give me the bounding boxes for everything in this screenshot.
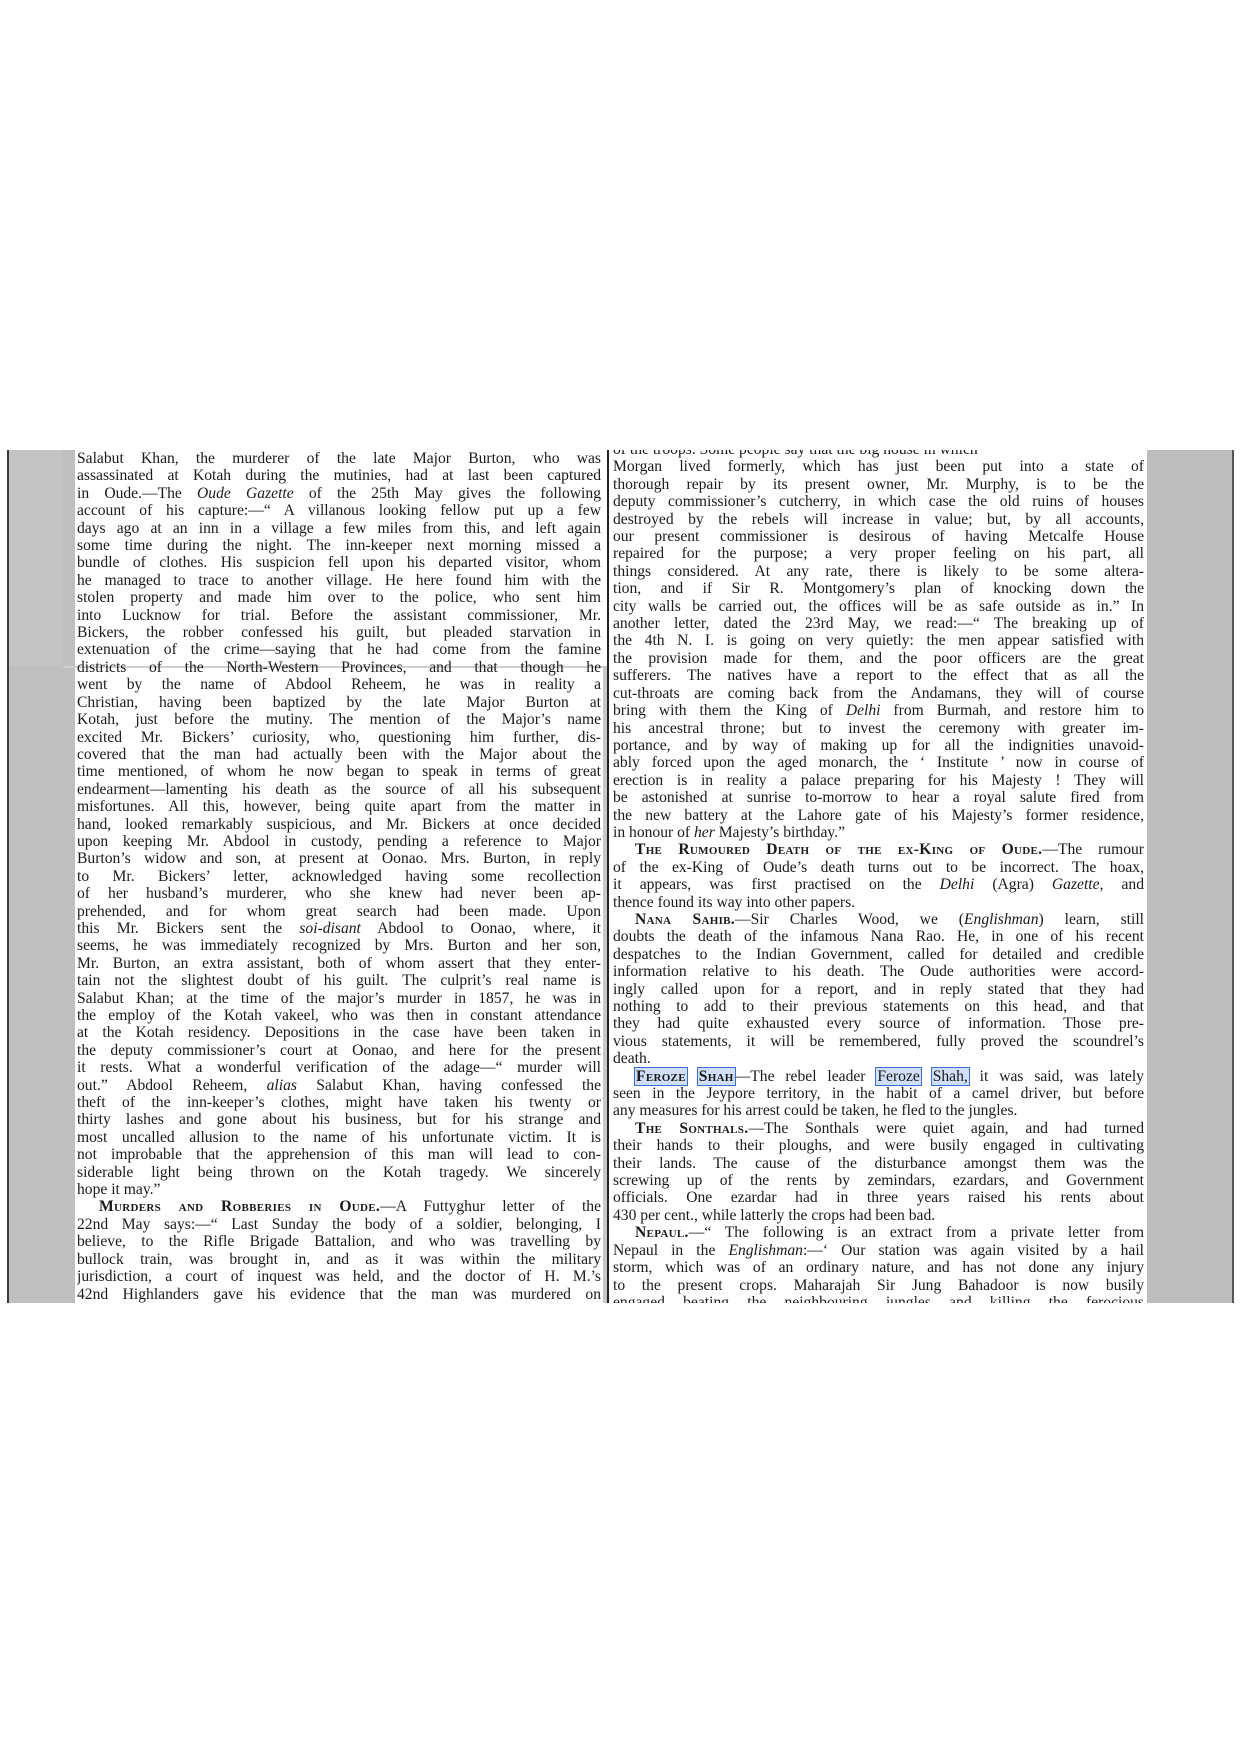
text-line: death. [613, 1050, 1144, 1067]
text-line: excited Mr. Bickers’ curiosity, who, que… [77, 729, 601, 746]
text-line: it rests. What a wonderful verification … [77, 1059, 601, 1076]
text-line: Christian, having been baptized by the l… [77, 694, 601, 711]
text-line: Salabut Khan; at the time of the major’s… [77, 990, 601, 1007]
text-line: seems, he was immediately recognized by … [77, 937, 601, 954]
text-line: not improbable that the apprehension of … [77, 1146, 601, 1163]
text-line: portance, and by way of making up for al… [613, 737, 1144, 754]
text-line: tion, and if Sir R. Montgomery’s plan of… [613, 580, 1144, 597]
section-heading: Nepaul. [635, 1224, 689, 1241]
text-line: it appears, was first practised on the D… [613, 876, 1144, 893]
text-line: the employ of the Kotah vakeel, who was … [77, 1007, 601, 1024]
text-line: misfortunes. All this, however, being qu… [77, 798, 601, 815]
text-line: theft of the inn-keeper’s clothes, might… [77, 1094, 601, 1111]
text-line: went by the name of Abdool Reheem, he wa… [77, 676, 601, 693]
text-line: prehended, and for whom great search had… [77, 903, 601, 920]
text-line: storm, which was of an ordinary nature, … [613, 1259, 1144, 1276]
section-first-line: Nepaul.—“ The following is an extract fr… [613, 1224, 1144, 1241]
text-line: into Lucknow for trial. Before the assis… [77, 607, 601, 624]
italic-term: her [694, 824, 715, 841]
text-line: information relative to his death. The O… [613, 963, 1144, 980]
text-line: hope it may.” [77, 1181, 601, 1198]
text-line: engaged beating the neighbouring jungles… [613, 1294, 1144, 1303]
text-line: despatches to the Indian Government, cal… [613, 946, 1144, 963]
italic-term: Gazette [1052, 876, 1100, 893]
section-heading: Nana Sahib. [635, 911, 735, 928]
text-line: upon keeping Mr. Abdool in custody, pend… [77, 833, 601, 850]
text-line: the 4th N. I. is going on very quietly: … [613, 632, 1144, 649]
text-line: the deputy commissioner’s court at Oonao… [77, 1042, 601, 1059]
text-line: hand, looked remarkably suspicious, and … [77, 816, 601, 833]
search-highlight-shah-2[interactable]: Shah, [932, 1068, 969, 1085]
left-page-edge [7, 450, 9, 1303]
italic-term: Delhi [846, 702, 881, 719]
text-line: Burton’s widow and son, at present at Oo… [77, 850, 601, 867]
italic-term: Englishman [728, 1242, 803, 1259]
text-line: siderable light being thrown on the Kota… [77, 1164, 601, 1181]
cropped-line: of the troops. Some people say that the … [613, 450, 1144, 458]
text-line: Bickers, the robber confessed his guilt,… [77, 624, 601, 641]
text-line: city walls be carried out, the offices w… [613, 598, 1144, 615]
column-rule [607, 450, 609, 1303]
text-line: they had quite exhausted every source of… [613, 1015, 1144, 1032]
section-heading: The Sonthals. [635, 1120, 748, 1137]
text-line: districts of the North-Western Provinces… [77, 659, 601, 676]
text-line: thirty lashes and gone about his busines… [77, 1111, 601, 1128]
text-line: 42nd Highlanders gave his evidence that … [77, 1286, 601, 1303]
text-line: out.” Abdool Reheem, alias Salabut Khan,… [77, 1077, 601, 1094]
text-line: their lands. The cause of the disturbanc… [613, 1155, 1144, 1172]
text-line: jurisdiction, a court of inquest was hel… [77, 1268, 601, 1285]
text-line: deputy commissioner’s cutcherry, in whic… [613, 493, 1144, 510]
text-line: Mr. Burton, an extra assistant, both of … [77, 955, 601, 972]
scanned-newspaper-page: Salabut Khan, the murderer of the late M… [0, 450, 1240, 1303]
text-line: he managed to trace to another village. … [77, 572, 601, 589]
right-column: of the troops. Some people say that the … [613, 450, 1144, 1303]
text-line: bundle of clothes. His suspicion fell up… [77, 554, 601, 571]
section-heading: Murders and Robberies in Oude. [99, 1198, 380, 1215]
text-line: at the Kotah residency. Depositions in t… [77, 1024, 601, 1041]
text-line: time mentioned, of whom he now began to … [77, 763, 601, 780]
italic-term: Delhi [940, 876, 975, 893]
text-line: days ago at an inn in a village a few mi… [77, 520, 601, 537]
right-margin-strip [1147, 450, 1234, 1303]
text-line: assassinated at Kotah during the mutinie… [77, 467, 601, 484]
section-first-line: Feroze Shah—The rebel leader Feroze Shah… [613, 1068, 1144, 1085]
text-line: cut-throats are coming back from the And… [613, 685, 1144, 702]
text-line: in honour of her Majesty’s birthday.” [613, 824, 1144, 841]
text-line: any measures for his arrest could be tak… [613, 1102, 1144, 1119]
text-line: screwing up of the rents by zemindars, e… [613, 1172, 1144, 1189]
text-line: of her husband’s murderer, who she knew … [77, 885, 601, 902]
text-line: believe, to the Rifle Brigade Battalion,… [77, 1233, 601, 1250]
text-line: his ancestral throne; but to invest the … [613, 720, 1144, 737]
italic-term: alias [267, 1077, 297, 1094]
text-line: another letter, dated the 23rd May, we r… [613, 615, 1144, 632]
section-first-line: The Rumoured Death of the ex-King of Oud… [613, 841, 1144, 858]
section-first-line: Murders and Robberies in Oude.—A Futtygh… [77, 1198, 601, 1215]
text-line: ably forced upon the aged monarch, the ‘… [613, 754, 1144, 771]
right-page-edge [1232, 450, 1234, 1303]
text-line: vious statements, it will be remembered,… [613, 1033, 1144, 1050]
text-line: covered that the man had actually been w… [77, 746, 601, 763]
text-line: tain not the slightest doubt of his guil… [77, 972, 601, 989]
text-line: bring with them the King of Delhi from B… [613, 702, 1144, 719]
text-line: sufferers. The natives have a report to … [613, 667, 1144, 684]
text-line: Kotah, just before the mutiny. The menti… [77, 711, 601, 728]
text-line: the provision made for them, and the poo… [613, 650, 1144, 667]
text-line: their hands to their ploughs, and were b… [613, 1137, 1144, 1154]
text-line: repaired for the purpose; a very proper … [613, 545, 1144, 562]
search-highlight-feroze-2[interactable]: Feroze [876, 1068, 920, 1085]
text-line: to the present crops. Maharajah Sir Jung… [613, 1277, 1144, 1294]
text-line: account of his capture:—“ A villanous lo… [77, 502, 601, 519]
text-line: erection is in reality a palace preparin… [613, 772, 1144, 789]
search-highlight-shah[interactable]: Shah [698, 1068, 735, 1085]
text-line: things considered. At any rate, there is… [613, 563, 1144, 580]
text-line: doubts the death of the infamous Nana Ra… [613, 928, 1144, 945]
text-line: thorough repair by its present owner, Mr… [613, 476, 1144, 493]
text-line: to Mr. Bickers’ letter, acknowledged hav… [77, 868, 601, 885]
text-line: most uncalled allusion to the name of hi… [77, 1129, 601, 1146]
text-line: nothing to add to their previous stateme… [613, 998, 1144, 1015]
text-line: 22nd May says:—“ Last Sunday the body of… [77, 1216, 601, 1233]
text-line: officials. One ezardar had in three year… [613, 1189, 1144, 1206]
text-line: endearment—lamenting his death as the so… [77, 781, 601, 798]
italic-term: Oude Gazette [197, 485, 294, 502]
italic-term: Englishman [964, 911, 1039, 928]
text-line: destroyed by the rebels will increase in… [613, 511, 1144, 528]
text-line: Nepaul in the Englishman:—‘ Our station … [613, 1242, 1144, 1259]
section-heading: The Rumoured Death of the ex-King of Oud… [635, 841, 1042, 858]
text-line: bullock train, was brought in, and as it… [77, 1251, 601, 1268]
text-line: ingly called upon for a report, and in r… [613, 981, 1144, 998]
text-line: extenuation of the crime—saying that he … [77, 641, 601, 658]
left-column: Salabut Khan, the murderer of the late M… [77, 450, 601, 1303]
italic-term: soi-disant [299, 920, 361, 937]
text-line: our present commissioner is desirous of … [613, 528, 1144, 545]
section-first-line: Nana Sahib.—Sir Charles Wood, we (Englis… [613, 911, 1144, 928]
text-line: thence found its way into other papers. [613, 894, 1144, 911]
text-line: in Oude.—The Oude Gazette of the 25th Ma… [77, 485, 601, 502]
text-line: Morgan lived formerly, which has just be… [613, 458, 1144, 475]
text-line: stolen property and made him over to the… [77, 589, 601, 606]
text-line: this Mr. Bickers sent the soi-disant Abd… [77, 920, 601, 937]
text-line: of the ex-King of Oude’s death turns out… [613, 859, 1144, 876]
text-line: the new battery at the Lahore gate of hi… [613, 807, 1144, 824]
text-line: be astonished at sunrise to-morrow to he… [613, 789, 1144, 806]
text-line: some time during the night. The inn-keep… [77, 537, 601, 554]
text-line: Salabut Khan, the murderer of the late M… [77, 450, 601, 467]
text-line: 430 per cent., while latterly the crops … [613, 1207, 1144, 1224]
search-highlight-feroze[interactable]: Feroze [635, 1068, 687, 1085]
left-margin-strip-upper [7, 450, 63, 666]
section-first-line: The Sonthals.—The Sonthals were quiet ag… [613, 1120, 1144, 1137]
text-line: seen in the Jeypore territory, in the ha… [613, 1085, 1144, 1102]
